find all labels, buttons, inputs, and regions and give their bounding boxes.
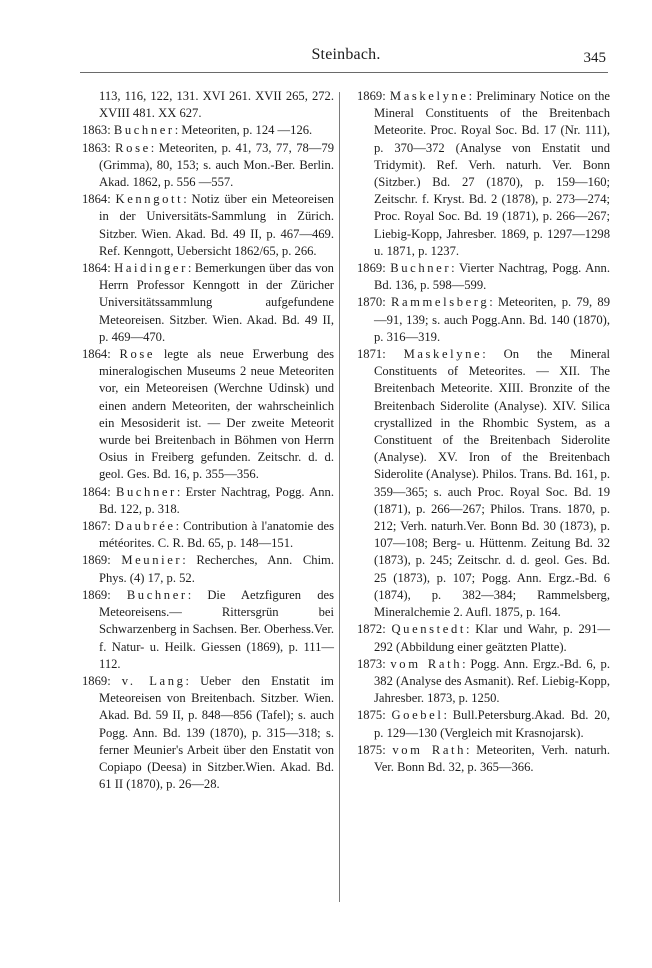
entry-year: 1864 (82, 261, 107, 275)
bibliography-entry: 1869: Meunier: Recherches, Ann. Chim. Ph… (82, 552, 334, 586)
entry-author: Buchner (390, 261, 451, 275)
header-rule (80, 72, 608, 73)
bibliography-entry: 1870: Rammelsberg: Meteoriten, p. 79, 89… (357, 294, 610, 346)
entry-author: vom Rath (390, 657, 462, 671)
bibliography-entry: 1864: Rose legte als neue Erwerbung des … (82, 346, 334, 484)
entry-author: v. Lang (122, 674, 186, 688)
entry-year: 1863 (82, 141, 107, 155)
entry-author: Rose (115, 141, 151, 155)
entry-year: 1869 (357, 89, 382, 103)
entry-text: On the Mineral Constituents of Meteorite… (374, 347, 610, 619)
entry-year: 1875 (357, 743, 382, 757)
entry-author: Buchner (127, 588, 188, 602)
entry-author: Maskelyne (404, 347, 483, 361)
entry-year: 1871 (357, 347, 382, 361)
entry-text: Meteoriten, p. 124 —126. (181, 123, 312, 137)
entry-text: legte als neue Erwerbung des mineralogis… (99, 347, 334, 481)
column-divider (339, 92, 340, 902)
entry-author: Quenstedt (391, 622, 465, 636)
entry-year: 1864 (82, 192, 107, 206)
entry-year: 1869 (82, 674, 107, 688)
entry-year: 1863 (82, 123, 107, 137)
bibliography-entry: 1863: Rose: Meteoriten, p. 41, 73, 77, 7… (82, 140, 334, 192)
bibliography-entry: 1867: Daubrée: Contribution à l'anatomie… (82, 518, 334, 552)
page-header: Steinbach. 345 (86, 44, 606, 66)
entry-year: 1867 (82, 519, 107, 533)
entry-author: Rammelsberg (391, 295, 489, 309)
bibliography-entry: 1869: Buchner: Vierter Nachtrag, Pogg. A… (357, 260, 610, 294)
entry-text: 113, 116, 122, 131. XVI 261. XVII 265, 2… (99, 89, 334, 120)
entry-author: Rose (119, 347, 155, 361)
entry-author: Maskelyne (390, 89, 469, 103)
entry-author: Haidinger (114, 261, 188, 275)
right-column: 1869: Maskelyne: Preliminary Notice on t… (357, 88, 610, 776)
bibliography-entry: 1873: vom Rath: Pogg. Ann. Ergz.-Bd. 6, … (357, 656, 610, 708)
bibliography-entry: 1872: Quenstedt: Klar und Wahr, p. 291—2… (357, 621, 610, 655)
entry-author: Buchner (116, 485, 177, 499)
entry-author: Goebel (391, 708, 443, 722)
bibliography-entry: 113, 116, 122, 131. XVI 261. XVII 265, 2… (82, 88, 334, 122)
entry-author: vom Rath (392, 743, 466, 757)
bibliography-entry: 1864: Haidinger: Bemerkungen über das vo… (82, 260, 334, 346)
bibliography-entry: 1869: Maskelyne: Preliminary Notice on t… (357, 88, 610, 260)
page-number: 345 (584, 50, 607, 67)
entry-year: 1864 (82, 485, 107, 499)
entry-author: Daubrée (115, 519, 176, 533)
bibliography-entry: 1871: Maskelyne: On the Mineral Constitu… (357, 346, 610, 621)
entry-author: Buchner (114, 123, 175, 137)
left-column: 113, 116, 122, 131. XVI 261. XVII 265, 2… (82, 88, 334, 793)
bibliography-entry: 1863: Buchner: Meteoriten, p. 124 —126. (82, 122, 334, 139)
entry-year: 1864 (82, 347, 107, 361)
entry-author: Meunier (121, 553, 182, 567)
bibliography-entry: 1864: Kenngott: Notiz über ein Meteoreis… (82, 191, 334, 260)
entry-year: 1872 (357, 622, 382, 636)
entry-author: Kenngott (116, 192, 184, 206)
bibliography-entry: 1869: v. Lang: Ueber den Enstatit im Met… (82, 673, 334, 793)
entry-year: 1869 (357, 261, 382, 275)
bibliography-entry: 1875: vom Rath: Meteoriten, Verh. naturh… (357, 742, 610, 776)
entry-text: Ueber den Enstatit im Meteoreisen von Br… (99, 674, 334, 791)
running-title: Steinbach. (86, 46, 606, 64)
bibliography-entry: 1869: Buchner: Die Aetzfiguren des Meteo… (82, 587, 334, 673)
entry-text: Preliminary Notice on the Mineral Consti… (374, 89, 610, 258)
entry-year: 1870 (357, 295, 382, 309)
entry-year: 1873 (357, 657, 382, 671)
bibliography-entry: 1864: Buchner: Erster Nachtrag, Pogg. An… (82, 484, 334, 518)
entry-year: 1875 (357, 708, 382, 722)
entry-year: 1869 (82, 553, 107, 567)
entry-year: 1869 (82, 588, 107, 602)
bibliography-entry: 1875: Goebel: Bull.Petersburg.Akad. Bd. … (357, 707, 610, 741)
